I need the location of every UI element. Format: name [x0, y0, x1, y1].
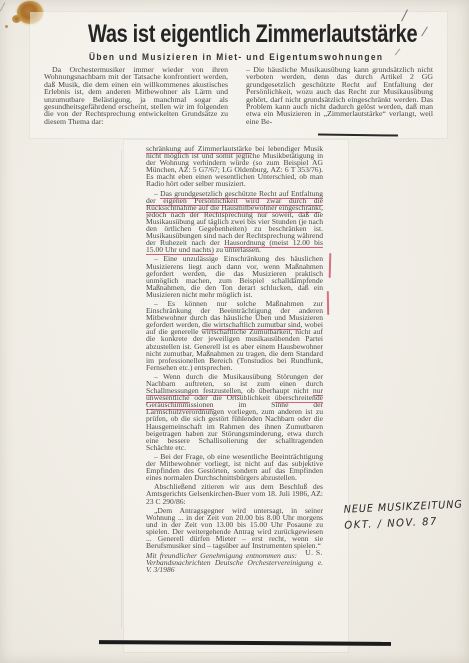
author-initials: U. S.	[297, 549, 323, 556]
article-paragraph: – Es können nur solche Maßnahmen zur Ein…	[146, 300, 323, 371]
handwritten-publication-name: NEUE MUSIKZEITUNG	[343, 499, 458, 516]
paragraph-text: – Eine unzulässige Einschränkung des häu…	[146, 254, 323, 298]
paragraph-text: Abschließend zitieren wir aus dem Beschl…	[146, 482, 323, 505]
paragraph-text: im Sinne der Lärmschutzverordnungen vorl…	[146, 400, 323, 452]
clipping-edge	[121, 150, 122, 628]
article-subtitle: Üben und Musizieren in Miet- und Eigentu…	[89, 52, 461, 62]
paragraph-text: , wobei auf die generelle wirtschaftlich…	[146, 320, 323, 372]
article-paragraph: Abschließend zitieren wir aus dem Beschl…	[146, 483, 323, 504]
article-paragraph: – Das grundgesetzlich geschützte Recht a…	[146, 190, 323, 254]
article-paragraphs: schränkung auf Zimmerlautstärke bei lebe…	[146, 145, 323, 549]
article-paragraph: schränkung auf Zimmerlautstärke bei lebe…	[146, 145, 323, 188]
corner-scratch-mark	[0, 2, 5, 11]
paragraph-text: zu unterlassen.	[214, 245, 261, 254]
intro-right-column: – Die häusliche Musikausübung kann grund…	[246, 66, 433, 125]
article-paragraph: – Bei der Frage, ob eine wesentliche Bee…	[146, 453, 323, 481]
article-paragraph: – Eine unzulässige Einschränkung des häu…	[146, 255, 323, 298]
article-title: Was ist eigentlich Zimmerlautstärke	[88, 20, 424, 49]
paragraph-text: – Bei der Frage, ob eine wesentliche Bee…	[146, 452, 323, 482]
paragraph-text: bei lebendiger Musik nicht möglich ist u…	[146, 144, 323, 188]
article-paragraph: „Dem Antragsgegner wird untersagt, in se…	[146, 507, 323, 550]
intro-left-column: Da Orchestermusiker immer wieder von ihr…	[44, 66, 228, 125]
scanned-newspaper-clipping-page: Was ist eigentlich Zimmerlautstärke Üben…	[0, 0, 469, 663]
handwritten-source-note: NEUE MUSIKZEITUNG OKT. / NOV. 87	[343, 498, 469, 531]
credit-line: Mit freundlicher Genehmigung entnommen a…	[146, 552, 323, 573]
article-header-clipping: Was ist eigentlich Zimmerlautstärke Üben…	[30, 12, 447, 138]
coffee-stain-dot	[5, 25, 8, 28]
paragraph-text: „Dem Antragsgegner wird untersagt, in se…	[146, 506, 323, 550]
coffee-stain-small	[12, 15, 21, 23]
article-paragraph: – Wenn durch die Musikausübung Störungen…	[146, 373, 323, 451]
handwritten-issue-date: OKT. / NOV. 87	[344, 515, 463, 532]
article-body-column: schränkung auf Zimmerlautstärke bei lebe…	[146, 145, 323, 573]
